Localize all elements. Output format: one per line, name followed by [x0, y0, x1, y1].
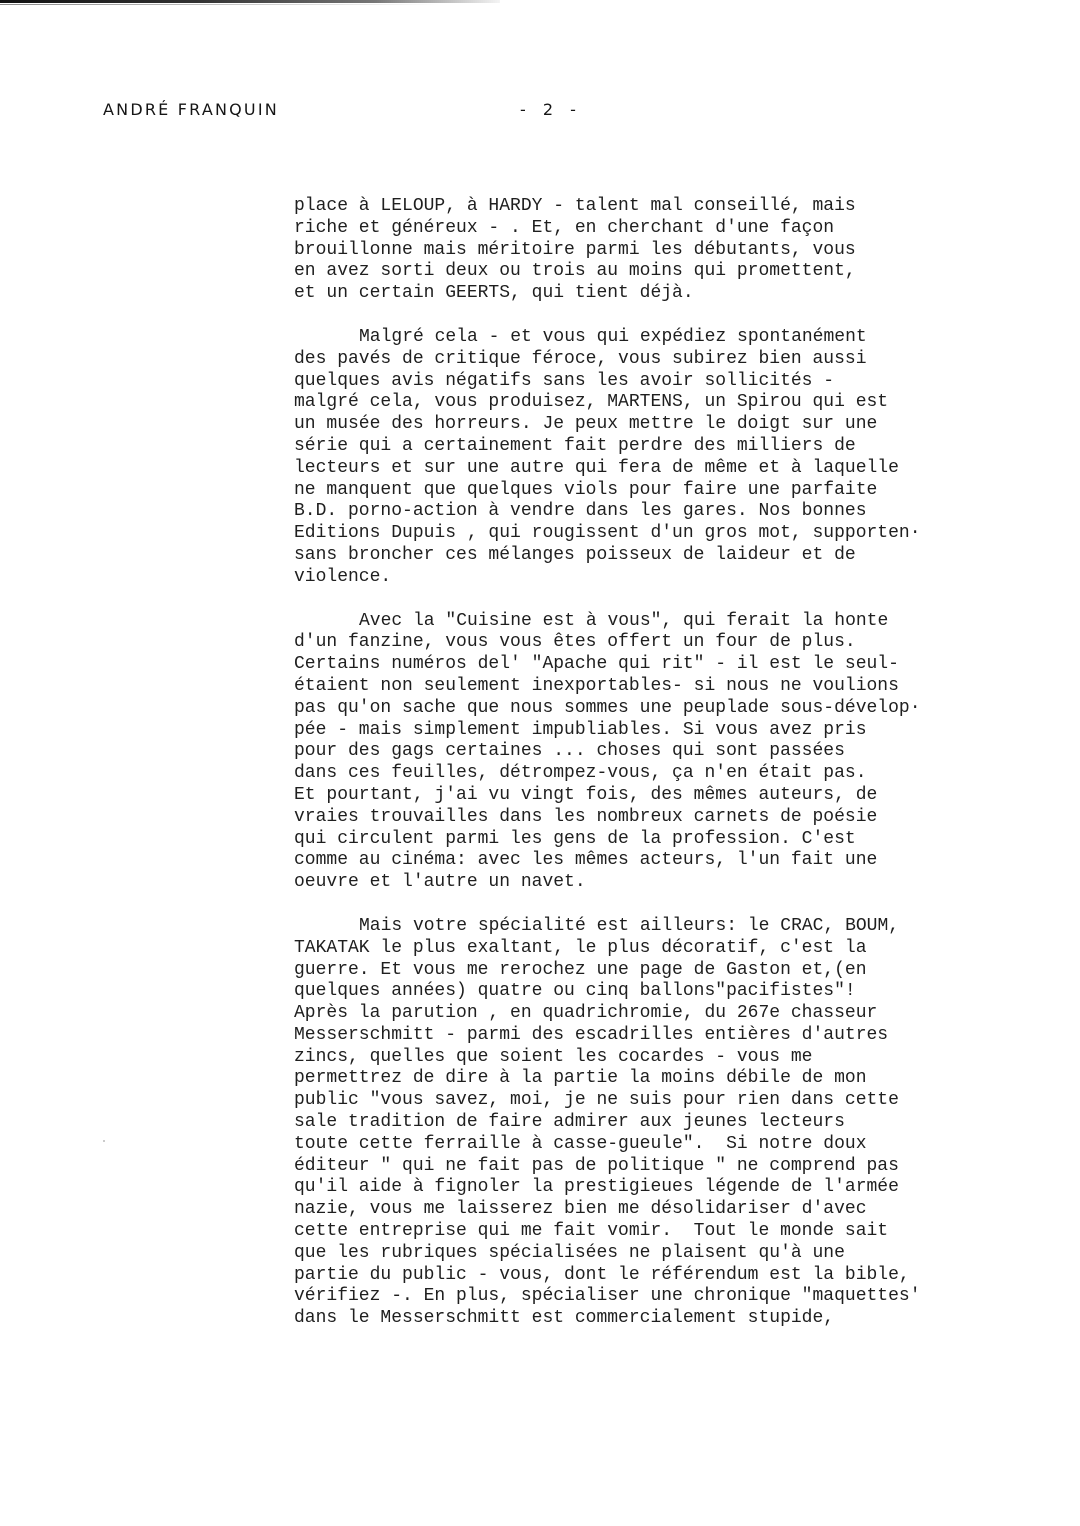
text-line: pas qu'on sache que nous sommes une peup…: [294, 698, 1080, 720]
text-line: qu'il aide à fignoler la prestigieues lé…: [294, 1177, 1080, 1199]
text-line: zincs, quelles que soient les cocardes -…: [294, 1047, 1080, 1069]
text-line: toute cette ferraille à casse-gueule". S…: [294, 1134, 1080, 1156]
text-line: qui circulent parmi les gens de la profe…: [294, 829, 1080, 851]
text-line: des pavés de critique féroce, vous subir…: [294, 349, 1080, 371]
text-line: partie du public - vous, dont le référen…: [294, 1265, 1080, 1287]
text-line: sale tradition de faire admirer aux jeun…: [294, 1112, 1080, 1134]
text-line: ne manquent que quelques viols pour fair…: [294, 480, 1080, 502]
text-line: pour des gags certaines ... choses qui s…: [294, 741, 1080, 763]
text-line: public "vous savez, moi, je ne suis pour…: [294, 1090, 1080, 1112]
text-line: Certains numéros del' "Apache qui rit" -…: [294, 654, 1080, 676]
text-line: série qui a certainement fait perdre des…: [294, 436, 1080, 458]
text-line: vérifiez -. En plus, spécialiser une chr…: [294, 1286, 1080, 1308]
text-line: Après la parution , en quadrichromie, du…: [294, 1003, 1080, 1025]
paragraph: Avec la "Cuisine est à vous", qui ferait…: [294, 611, 1080, 894]
text-line: pée - mais simplement impubliables. Si v…: [294, 720, 1080, 742]
scan-edge-rule: [0, 0, 500, 3]
text-line: oeuvre et l'autre un navet.: [294, 872, 1080, 894]
text-line: que les rubriques spécialisées ne plaise…: [294, 1243, 1080, 1265]
text-line: comme au cinéma: avec les mêmes acteurs,…: [294, 850, 1080, 872]
text-line: sans broncher ces mélanges poisseux de l…: [294, 545, 1080, 567]
text-line: guerre. Et vous me rerochez une page de …: [294, 960, 1080, 982]
text-line: B.D. porno-action à vendre dans les gare…: [294, 501, 1080, 523]
text-line: et un certain GEERTS, qui tient déjà.: [294, 283, 1080, 305]
text-line: violence.: [294, 567, 1080, 589]
text-line: nazie, vous me laisserez bien me désolid…: [294, 1199, 1080, 1221]
text-line: Avec la "Cuisine est à vous", qui ferait…: [294, 611, 1080, 633]
text-line: riche et généreux - . Et, en cherchant d…: [294, 218, 1080, 240]
text-line: cette entreprise qui me fait vomir. Tout…: [294, 1221, 1080, 1243]
scan-speck: [103, 1140, 105, 1142]
text-line: lecteurs et sur une autre qui fera de mê…: [294, 458, 1080, 480]
text-line: TAKATAK le plus exaltant, le plus décora…: [294, 938, 1080, 960]
text-line: place à LELOUP, à HARDY - talent mal con…: [294, 196, 1080, 218]
text-line: quelques années) quatre ou cinq ballons"…: [294, 981, 1080, 1003]
text-line: d'un fanzine, vous vous êtes offert un f…: [294, 632, 1080, 654]
text-line: quelques avis négatifs sans les avoir so…: [294, 371, 1080, 393]
letter-body: place à LELOUP, à HARDY - talent mal con…: [294, 196, 1080, 1352]
text-line: un musée des horreurs. Je peux mettre le…: [294, 414, 1080, 436]
text-line: dans ces feuilles, détrompez-vous, ça n'…: [294, 763, 1080, 785]
text-line: en avez sorti deux ou trois au moins qui…: [294, 261, 1080, 283]
text-line: vraies trouvailles dans les nombreux car…: [294, 807, 1080, 829]
paragraph: Mais votre spécialité est ailleurs: le C…: [294, 916, 1080, 1330]
scan-edge-rule-secondary: [0, 4, 440, 5]
text-line: malgré cela, vous produisez, MARTENS, un…: [294, 392, 1080, 414]
text-line: étaient non seulement inexportables- si …: [294, 676, 1080, 698]
text-line: brouillonne mais méritoire parmi les déb…: [294, 240, 1080, 262]
paragraph: Malgré cela - et vous qui expédiez spont…: [294, 327, 1080, 589]
header-author: ANDRÉ FRANQUIN: [103, 100, 279, 119]
text-line: permettrez de dire à la partie la moins …: [294, 1068, 1080, 1090]
text-line: Malgré cela - et vous qui expédiez spont…: [294, 327, 1080, 349]
text-line: Editions Dupuis , qui rougissent d'un gr…: [294, 523, 1080, 545]
text-line: Messerschmitt - parmi des escadrilles en…: [294, 1025, 1080, 1047]
text-line: dans le Messerschmitt est commercialemen…: [294, 1308, 1080, 1330]
text-line: Mais votre spécialité est ailleurs: le C…: [294, 916, 1080, 938]
text-line: éditeur " qui ne fait pas de politique "…: [294, 1156, 1080, 1178]
page-number: - 2 -: [520, 100, 582, 119]
paragraph: place à LELOUP, à HARDY - talent mal con…: [294, 196, 1080, 305]
text-line: Et pourtant, j'ai vu vingt fois, des mêm…: [294, 785, 1080, 807]
